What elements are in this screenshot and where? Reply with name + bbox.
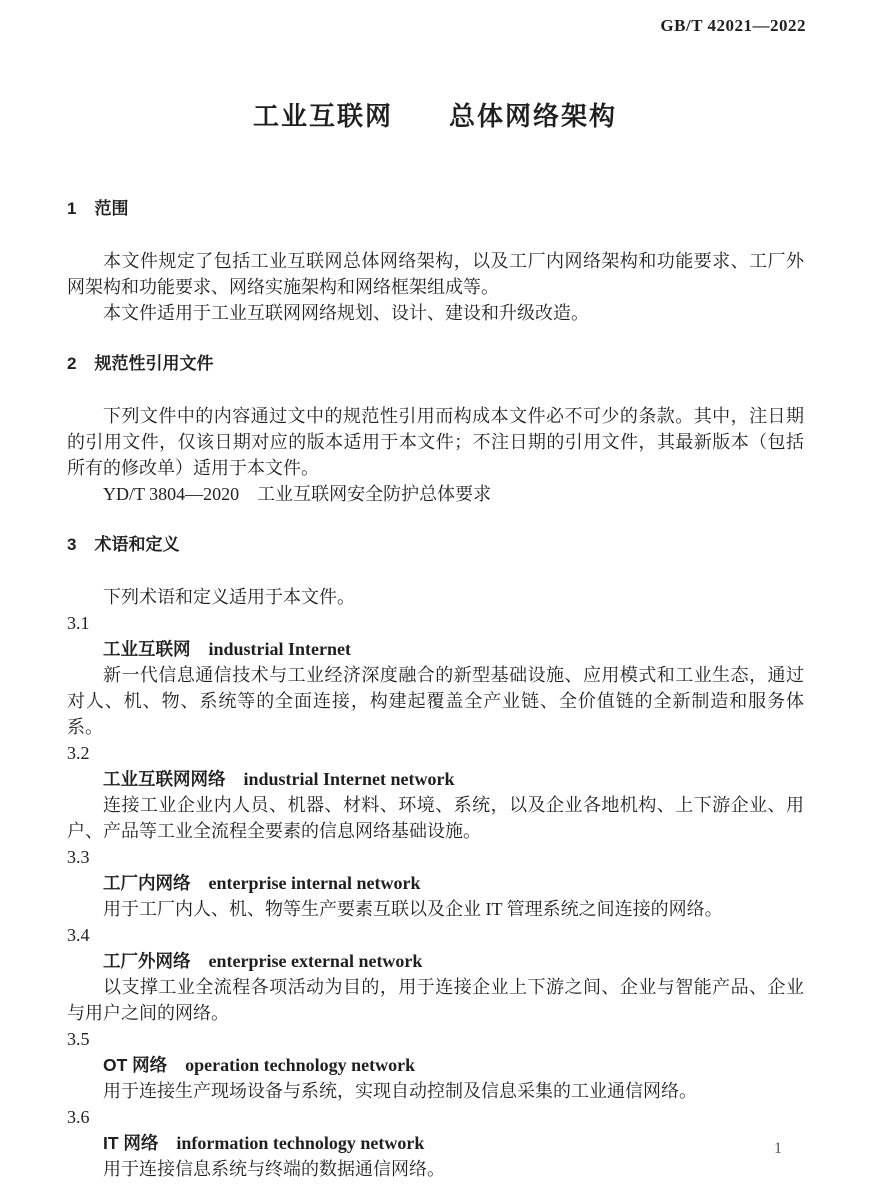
section-number: 2 <box>67 354 76 373</box>
term-english: information technology network <box>176 1133 424 1153</box>
term-number: 3.3 <box>67 844 804 870</box>
section-heading-scope: 1范围 <box>67 196 804 222</box>
section-heading-terms-definitions: 3术语和定义 <box>67 532 804 558</box>
document-page: GB/T 42021—2022 工业互联网 总体网络架构 1范围 本文件规定了包… <box>0 0 870 1192</box>
term-chinese: OT 网络 <box>103 1055 167 1075</box>
term-definition: 连接工业企业内人员、机器、材料、环境、系统，以及企业各地机构、上下游企业、用户、… <box>67 792 804 844</box>
paragraph: 本文件适用于工业互联网网络规划、设计、建设和升级改造。 <box>67 300 804 326</box>
term-english: industrial Internet <box>209 639 352 659</box>
page-number: 1 <box>774 1140 782 1158</box>
paragraph: 本文件规定了包括工业互联网总体网络架构，以及工厂内网络架构和功能要求、工厂外网架… <box>67 248 804 300</box>
term-definition: 新一代信息通信技术与工业经济深度融合的新型基础设施、应用模式和工业生态，通过对人… <box>67 662 804 740</box>
normative-reference: YD/T 3804—2020 工业互联网安全防护总体要求 <box>67 481 804 507</box>
section-number: 3 <box>67 535 76 554</box>
term-english: industrial Internet network <box>244 769 455 789</box>
section-title: 范围 <box>94 199 128 218</box>
term-english: operation technology network <box>185 1055 415 1075</box>
document-body: 1范围 本文件规定了包括工业互联网总体网络架构，以及工厂内网络架构和功能要求、工… <box>67 196 804 1182</box>
standard-number: GB/T 42021—2022 <box>660 16 806 36</box>
paragraph: 下列术语和定义适用于本文件。 <box>67 584 804 610</box>
term-heading: IT 网络information technology network <box>103 1130 804 1156</box>
term-chinese: 工业互联网 <box>103 639 191 659</box>
term-chinese: 工业互联网网络 <box>103 769 226 789</box>
term-heading: 工厂外网络enterprise external network <box>103 948 804 974</box>
section-number: 1 <box>67 199 76 218</box>
term-number: 3.5 <box>67 1026 804 1052</box>
term-chinese: IT 网络 <box>103 1133 158 1153</box>
term-heading: 工厂内网络enterprise internal network <box>103 870 804 896</box>
term-definition: 以支撑工业全流程各项活动为目的，用于连接企业上下游之间、企业与智能产品、企业与用… <box>67 974 804 1026</box>
term-chinese: 工厂外网络 <box>103 951 191 971</box>
term-english: enterprise internal network <box>209 873 421 893</box>
term-number: 3.2 <box>67 740 804 766</box>
term-chinese: 工厂内网络 <box>103 873 191 893</box>
section-title: 规范性引用文件 <box>94 354 213 373</box>
section-heading-normative-references: 2规范性引用文件 <box>67 351 804 377</box>
term-heading: 工业互联网industrial Internet <box>103 636 804 662</box>
term-english: enterprise external network <box>209 951 423 971</box>
term-number: 3.1 <box>67 610 804 636</box>
term-number: 3.6 <box>67 1104 804 1130</box>
term-number: 3.4 <box>67 922 804 948</box>
section-title: 术语和定义 <box>94 535 179 554</box>
term-definition: 用于连接信息系统与终端的数据通信网络。 <box>67 1156 804 1182</box>
term-definition: 用于连接生产现场设备与系统，实现自动控制及信息采集的工业通信网络。 <box>67 1078 804 1104</box>
paragraph: 下列文件中的内容通过文中的规范性引用而构成本文件必不可少的条款。其中，注日期的引… <box>67 403 804 481</box>
term-definition: 用于工厂内人、机、物等生产要素互联以及企业 IT 管理系统之间连接的网络。 <box>67 896 804 922</box>
term-heading: OT 网络operation technology network <box>103 1052 804 1078</box>
term-heading: 工业互联网网络industrial Internet network <box>103 766 804 792</box>
